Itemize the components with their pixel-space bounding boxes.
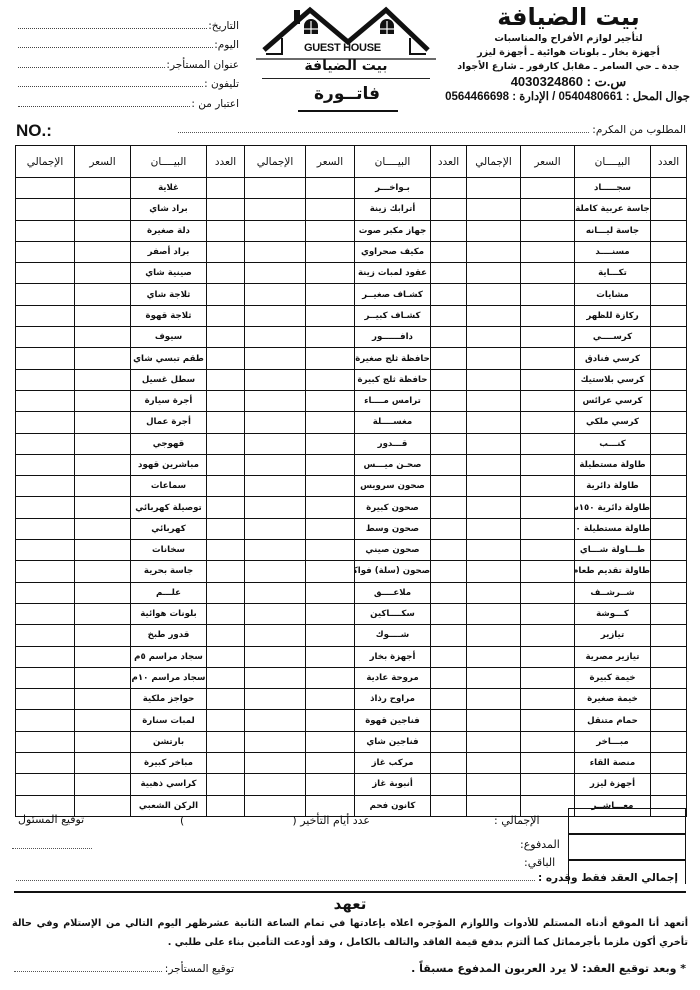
item-qty-cell[interactable]	[431, 518, 467, 539]
item-total-cell[interactable]	[467, 369, 521, 390]
item-price-cell[interactable]	[75, 263, 131, 284]
item-qty-cell[interactable]	[431, 390, 467, 411]
item-price-cell[interactable]	[306, 199, 355, 220]
item-total-cell[interactable]	[16, 369, 75, 390]
phone-input-line[interactable]	[18, 77, 203, 87]
item-qty-cell[interactable]	[207, 433, 245, 454]
item-qty-cell[interactable]	[207, 603, 245, 624]
item-price-cell[interactable]	[306, 753, 355, 774]
item-qty-cell[interactable]	[651, 476, 687, 497]
item-price-cell[interactable]	[75, 305, 131, 326]
item-total-cell[interactable]	[16, 305, 75, 326]
item-price-cell[interactable]	[75, 753, 131, 774]
item-price-cell[interactable]	[521, 178, 575, 199]
item-total-cell[interactable]	[245, 412, 306, 433]
item-total-cell[interactable]	[16, 241, 75, 262]
item-total-cell[interactable]	[467, 412, 521, 433]
item-total-cell[interactable]	[16, 667, 75, 688]
item-total-cell[interactable]	[467, 199, 521, 220]
item-total-cell[interactable]	[16, 327, 75, 348]
item-price-cell[interactable]	[306, 774, 355, 795]
tenant-signature-field[interactable]: توقيع المستأجر:	[14, 963, 234, 975]
logo-arabic-text: بيت الضيافة	[256, 58, 436, 74]
item-total-cell[interactable]	[245, 305, 306, 326]
item-qty-cell[interactable]	[431, 454, 467, 475]
item-qty-cell[interactable]	[431, 497, 467, 518]
item-qty-cell[interactable]	[651, 518, 687, 539]
item-qty-cell[interactable]	[207, 390, 245, 411]
item-total-cell[interactable]	[245, 476, 306, 497]
item-price-cell[interactable]	[521, 348, 575, 369]
item-price-cell[interactable]	[75, 646, 131, 667]
contract-total-field[interactable]: إجمالي العقد فقط وقدره :	[16, 872, 678, 884]
item-price-cell[interactable]	[521, 731, 575, 752]
item-price-cell[interactable]	[75, 625, 131, 646]
item-total-cell[interactable]	[245, 178, 306, 199]
item-qty-cell[interactable]	[431, 795, 467, 816]
table-row: مسنــــدمكيف صحراويبراد أصفر	[16, 241, 687, 262]
table-row: طاولة مستطيلة ١٥٠×٥٠صحون وسطكهربائي	[16, 518, 687, 539]
item-price-cell[interactable]	[306, 518, 355, 539]
item-qty-cell[interactable]	[431, 561, 467, 582]
day-field[interactable]: اليوم:	[14, 32, 239, 52]
item-total-cell[interactable]	[16, 476, 75, 497]
item-qty-cell[interactable]	[431, 646, 467, 667]
address-input-line[interactable]	[18, 58, 165, 68]
item-total-cell[interactable]	[245, 603, 306, 624]
item-qty-cell[interactable]	[651, 582, 687, 603]
item-total-cell[interactable]	[245, 327, 306, 348]
item-total-cell[interactable]	[467, 433, 521, 454]
item-price-cell[interactable]	[75, 667, 131, 688]
item-qty-cell[interactable]	[651, 305, 687, 326]
item-qty-cell[interactable]	[651, 561, 687, 582]
item-price-cell[interactable]	[521, 518, 575, 539]
item-qty-cell[interactable]	[431, 178, 467, 199]
item-qty-cell[interactable]	[207, 412, 245, 433]
item-price-cell[interactable]	[521, 199, 575, 220]
item-price-cell[interactable]	[306, 241, 355, 262]
item-price-cell[interactable]	[306, 305, 355, 326]
item-total-cell[interactable]	[16, 603, 75, 624]
item-qty-cell[interactable]	[651, 603, 687, 624]
item-qty-cell[interactable]	[651, 497, 687, 518]
item-total-cell[interactable]	[245, 774, 306, 795]
item-price-cell[interactable]	[75, 369, 131, 390]
item-qty-cell[interactable]	[207, 497, 245, 518]
item-price-cell[interactable]	[75, 199, 131, 220]
item-total-cell[interactable]	[245, 369, 306, 390]
item-total-cell[interactable]	[16, 753, 75, 774]
item-qty-cell[interactable]	[207, 518, 245, 539]
item-price-cell[interactable]	[75, 518, 131, 539]
item-price-cell[interactable]	[521, 540, 575, 561]
item-total-cell[interactable]	[16, 220, 75, 241]
item-total-cell[interactable]	[16, 199, 75, 220]
item-price-cell[interactable]	[521, 561, 575, 582]
item-qty-cell[interactable]	[431, 284, 467, 305]
item-qty-cell[interactable]	[431, 710, 467, 731]
item-qty-cell[interactable]	[431, 476, 467, 497]
item-qty-cell[interactable]	[431, 348, 467, 369]
item-total-cell[interactable]	[245, 582, 306, 603]
item-price-cell[interactable]	[521, 369, 575, 390]
item-total-cell[interactable]	[467, 710, 521, 731]
item-total-cell[interactable]	[16, 646, 75, 667]
item-total-cell[interactable]	[245, 348, 306, 369]
item-qty-cell[interactable]	[207, 625, 245, 646]
item-total-cell[interactable]	[245, 731, 306, 752]
item-total-cell[interactable]	[16, 348, 75, 369]
item-total-cell[interactable]	[467, 284, 521, 305]
item-price-cell[interactable]	[306, 689, 355, 710]
item-qty-cell[interactable]	[651, 390, 687, 411]
header-description-3: البيــــان	[131, 146, 207, 178]
item-qty-cell[interactable]	[431, 220, 467, 241]
item-total-cell[interactable]	[467, 582, 521, 603]
item-price-cell[interactable]	[75, 220, 131, 241]
header-description-2: البيــــان	[355, 146, 431, 178]
item-total-cell[interactable]	[16, 390, 75, 411]
item-description: حواجز ملكية	[131, 689, 207, 710]
item-price-cell[interactable]	[75, 390, 131, 411]
item-qty-cell[interactable]	[651, 412, 687, 433]
item-qty-cell[interactable]	[207, 476, 245, 497]
item-price-cell[interactable]	[75, 241, 131, 262]
item-price-cell[interactable]	[521, 390, 575, 411]
tenant-signature-line[interactable]	[14, 964, 162, 972]
item-price-cell[interactable]	[75, 689, 131, 710]
item-price-cell[interactable]	[75, 412, 131, 433]
item-total-cell[interactable]	[467, 518, 521, 539]
item-price-cell[interactable]	[521, 603, 575, 624]
item-qty-cell[interactable]	[207, 305, 245, 326]
item-total-cell[interactable]	[467, 646, 521, 667]
item-qty-cell[interactable]	[651, 199, 687, 220]
item-total-cell[interactable]	[245, 454, 306, 475]
item-qty-cell[interactable]	[431, 667, 467, 688]
item-total-cell[interactable]	[16, 731, 75, 752]
item-total-cell[interactable]	[16, 774, 75, 795]
item-description: طاولة دائرية ١٥٠سم	[575, 497, 651, 518]
item-price-cell[interactable]	[306, 454, 355, 475]
item-qty-cell[interactable]	[431, 327, 467, 348]
item-total-cell[interactable]	[16, 284, 75, 305]
item-price-cell[interactable]	[521, 284, 575, 305]
paid-amount-box[interactable]	[568, 834, 686, 860]
item-price-cell[interactable]	[306, 646, 355, 667]
item-total-cell[interactable]	[467, 178, 521, 199]
item-price-cell[interactable]	[306, 284, 355, 305]
item-price-cell[interactable]	[75, 582, 131, 603]
item-total-cell[interactable]	[16, 178, 75, 199]
item-total-cell[interactable]	[467, 561, 521, 582]
item-price-cell[interactable]	[521, 327, 575, 348]
item-qty-cell[interactable]	[651, 753, 687, 774]
item-description: أنبوبة غاز	[355, 774, 431, 795]
item-total-cell[interactable]	[16, 454, 75, 475]
item-total-cell[interactable]	[16, 689, 75, 710]
item-price-cell[interactable]	[521, 412, 575, 433]
item-qty-cell[interactable]	[207, 348, 245, 369]
item-total-cell[interactable]	[467, 305, 521, 326]
item-price-cell[interactable]	[75, 178, 131, 199]
item-qty-cell[interactable]	[431, 753, 467, 774]
item-total-cell[interactable]	[16, 433, 75, 454]
item-price-cell[interactable]	[306, 497, 355, 518]
phone-field[interactable]: تليفون :	[14, 71, 239, 91]
item-price-cell[interactable]	[75, 561, 131, 582]
item-price-cell[interactable]	[306, 540, 355, 561]
item-total-cell[interactable]	[245, 561, 306, 582]
item-qty-cell[interactable]	[207, 774, 245, 795]
item-qty-cell[interactable]	[431, 625, 467, 646]
item-price-cell[interactable]	[521, 774, 575, 795]
item-price-cell[interactable]	[306, 667, 355, 688]
item-total-cell[interactable]	[467, 689, 521, 710]
item-description: بلونات هوائية	[131, 603, 207, 624]
item-total-cell[interactable]	[245, 540, 306, 561]
item-total-cell[interactable]	[16, 263, 75, 284]
deposit-note: * وبعد توقيع العقد: لا يرد العربون المدف…	[411, 962, 686, 975]
item-total-cell[interactable]	[467, 753, 521, 774]
item-price-cell[interactable]	[521, 497, 575, 518]
item-qty-cell[interactable]	[651, 774, 687, 795]
item-total-cell[interactable]	[467, 220, 521, 241]
item-price-cell[interactable]	[75, 710, 131, 731]
item-qty-cell[interactable]	[431, 199, 467, 220]
item-total-cell[interactable]	[16, 540, 75, 561]
item-qty-cell[interactable]	[207, 561, 245, 582]
item-price-cell[interactable]	[75, 433, 131, 454]
business-services: أجهزة بخار ـ بلونات هوائية ـ أجهزة ليزر	[451, 46, 686, 60]
item-qty-cell[interactable]	[431, 241, 467, 262]
item-price-cell[interactable]	[306, 625, 355, 646]
requested-from-input-line[interactable]	[178, 123, 589, 133]
item-total-cell[interactable]	[467, 731, 521, 752]
item-total-cell[interactable]	[245, 646, 306, 667]
item-qty-cell[interactable]	[651, 454, 687, 475]
effective-from-input-line[interactable]	[18, 97, 190, 107]
item-description: مبـــاخر	[575, 731, 651, 752]
item-price-cell[interactable]	[306, 369, 355, 390]
item-price-cell[interactable]	[306, 220, 355, 241]
item-qty-cell[interactable]	[207, 646, 245, 667]
item-qty-cell[interactable]	[651, 284, 687, 305]
item-price-cell[interactable]	[75, 540, 131, 561]
item-qty-cell[interactable]	[651, 731, 687, 752]
item-qty-cell[interactable]	[431, 263, 467, 284]
item-qty-cell[interactable]	[207, 689, 245, 710]
item-price-cell[interactable]	[75, 731, 131, 752]
item-total-cell[interactable]	[467, 348, 521, 369]
delay-days-field[interactable]: عدد أيام التأخير ( )	[180, 814, 370, 827]
item-total-cell[interactable]	[245, 710, 306, 731]
item-qty-cell[interactable]	[651, 327, 687, 348]
item-total-cell[interactable]	[245, 753, 306, 774]
item-qty-cell[interactable]	[431, 582, 467, 603]
item-qty-cell[interactable]	[207, 220, 245, 241]
item-total-cell[interactable]	[16, 561, 75, 582]
item-price-cell[interactable]	[306, 731, 355, 752]
item-qty-cell[interactable]	[207, 241, 245, 262]
item-price-cell[interactable]	[306, 710, 355, 731]
tenant-address-field[interactable]: عنوان المستأجر:	[14, 51, 239, 71]
item-qty-cell[interactable]	[207, 454, 245, 475]
item-total-cell[interactable]	[245, 518, 306, 539]
date-input-line[interactable]	[18, 19, 207, 29]
item-total-cell[interactable]	[245, 497, 306, 518]
item-price-cell[interactable]	[306, 603, 355, 624]
item-qty-cell[interactable]	[651, 689, 687, 710]
item-qty-cell[interactable]	[207, 540, 245, 561]
item-price-cell[interactable]	[521, 433, 575, 454]
item-total-cell[interactable]	[467, 454, 521, 475]
item-total-cell[interactable]	[467, 263, 521, 284]
item-qty-cell[interactable]	[431, 433, 467, 454]
item-qty-cell[interactable]	[431, 305, 467, 326]
total-amount-box[interactable]	[568, 808, 686, 834]
item-qty-cell[interactable]	[651, 625, 687, 646]
item-price-cell[interactable]	[521, 263, 575, 284]
item-qty-cell[interactable]	[431, 774, 467, 795]
effective-from-field[interactable]: اعتبار من :	[14, 90, 239, 110]
item-price-cell[interactable]	[75, 603, 131, 624]
item-price-cell[interactable]	[306, 433, 355, 454]
item-price-cell[interactable]	[75, 348, 131, 369]
item-total-cell[interactable]	[245, 284, 306, 305]
item-total-cell[interactable]	[16, 497, 75, 518]
item-qty-cell[interactable]	[207, 263, 245, 284]
item-description: أجهزة بخار	[355, 646, 431, 667]
item-qty-cell[interactable]	[651, 263, 687, 284]
item-total-cell[interactable]	[467, 241, 521, 262]
item-total-cell[interactable]	[467, 390, 521, 411]
item-total-cell[interactable]	[467, 625, 521, 646]
item-price-cell[interactable]	[521, 625, 575, 646]
item-qty-cell[interactable]	[651, 178, 687, 199]
item-qty-cell[interactable]	[431, 412, 467, 433]
item-qty-cell[interactable]	[651, 348, 687, 369]
item-total-cell[interactable]	[16, 710, 75, 731]
item-qty-cell[interactable]	[207, 582, 245, 603]
item-price-cell[interactable]	[75, 327, 131, 348]
item-price-cell[interactable]	[306, 412, 355, 433]
item-price-cell[interactable]	[75, 476, 131, 497]
item-price-cell[interactable]	[306, 561, 355, 582]
item-price-cell[interactable]	[521, 689, 575, 710]
item-total-cell[interactable]	[16, 412, 75, 433]
item-total-cell[interactable]	[245, 667, 306, 688]
item-price-cell[interactable]	[521, 753, 575, 774]
requested-from-field[interactable]: المطلوب من المكرم:	[178, 123, 686, 136]
item-price-cell[interactable]	[521, 646, 575, 667]
item-price-cell[interactable]	[306, 582, 355, 603]
item-qty-cell[interactable]	[651, 241, 687, 262]
item-qty-cell[interactable]	[651, 540, 687, 561]
item-price-cell[interactable]	[521, 710, 575, 731]
item-price-cell[interactable]	[521, 220, 575, 241]
item-price-cell[interactable]	[75, 284, 131, 305]
item-qty-cell[interactable]	[431, 540, 467, 561]
item-total-cell[interactable]	[245, 625, 306, 646]
item-total-cell[interactable]	[467, 667, 521, 688]
item-total-cell[interactable]	[467, 774, 521, 795]
item-qty-cell[interactable]	[207, 753, 245, 774]
item-qty-cell[interactable]	[207, 667, 245, 688]
item-total-cell[interactable]	[16, 625, 75, 646]
item-total-cell[interactable]	[16, 582, 75, 603]
item-description: كرســــي	[575, 327, 651, 348]
item-qty-cell[interactable]	[207, 731, 245, 752]
item-total-cell[interactable]	[245, 390, 306, 411]
table-row: كرسي ملكيمغســــلةأجرة عمال	[16, 412, 687, 433]
contract-total-input-line[interactable]	[16, 873, 535, 881]
item-total-cell[interactable]	[245, 263, 306, 284]
item-qty-cell[interactable]	[207, 178, 245, 199]
item-price-cell[interactable]	[306, 178, 355, 199]
header-qty-3: العدد	[207, 146, 245, 178]
item-price-cell[interactable]	[75, 454, 131, 475]
item-total-cell[interactable]	[245, 241, 306, 262]
item-price-cell[interactable]	[75, 774, 131, 795]
item-total-cell[interactable]	[467, 603, 521, 624]
item-qty-cell[interactable]	[651, 369, 687, 390]
item-price-cell[interactable]	[521, 667, 575, 688]
item-total-cell[interactable]	[467, 476, 521, 497]
day-input-line[interactable]	[18, 38, 213, 48]
item-price-cell[interactable]	[306, 348, 355, 369]
item-qty-cell[interactable]	[207, 710, 245, 731]
item-price-cell[interactable]	[306, 327, 355, 348]
item-total-cell[interactable]	[16, 518, 75, 539]
item-total-cell[interactable]	[467, 497, 521, 518]
item-qty-cell[interactable]	[431, 603, 467, 624]
item-qty-cell[interactable]	[651, 220, 687, 241]
table-row: خيمة كبيرةمروحة عاديةسجاد مراسم ١٠م	[16, 667, 687, 688]
item-description: كشـاف صغيــر	[355, 284, 431, 305]
item-total-cell[interactable]	[245, 199, 306, 220]
item-price-cell[interactable]	[521, 454, 575, 475]
item-qty-cell[interactable]	[651, 433, 687, 454]
item-qty-cell[interactable]	[207, 284, 245, 305]
item-total-cell[interactable]	[245, 433, 306, 454]
responsible-signature-line[interactable]	[12, 848, 92, 849]
item-price-cell[interactable]	[521, 582, 575, 603]
item-price-cell[interactable]	[306, 263, 355, 284]
item-price-cell[interactable]	[306, 390, 355, 411]
item-total-cell[interactable]	[467, 540, 521, 561]
item-qty-cell[interactable]	[651, 667, 687, 688]
item-qty-cell[interactable]	[651, 646, 687, 667]
item-qty-cell[interactable]	[651, 710, 687, 731]
item-qty-cell[interactable]	[207, 369, 245, 390]
item-total-cell[interactable]	[245, 689, 306, 710]
item-total-cell[interactable]	[467, 327, 521, 348]
item-qty-cell[interactable]	[431, 731, 467, 752]
item-qty-cell[interactable]	[431, 689, 467, 710]
item-qty-cell[interactable]	[431, 369, 467, 390]
item-price-cell[interactable]	[521, 476, 575, 497]
item-price-cell[interactable]	[521, 305, 575, 326]
item-qty-cell[interactable]	[207, 327, 245, 348]
item-price-cell[interactable]	[306, 476, 355, 497]
date-field[interactable]: التاريخ:	[14, 12, 239, 32]
item-total-cell[interactable]	[245, 220, 306, 241]
item-qty-cell[interactable]	[207, 199, 245, 220]
item-price-cell[interactable]	[75, 497, 131, 518]
item-price-cell[interactable]	[521, 241, 575, 262]
